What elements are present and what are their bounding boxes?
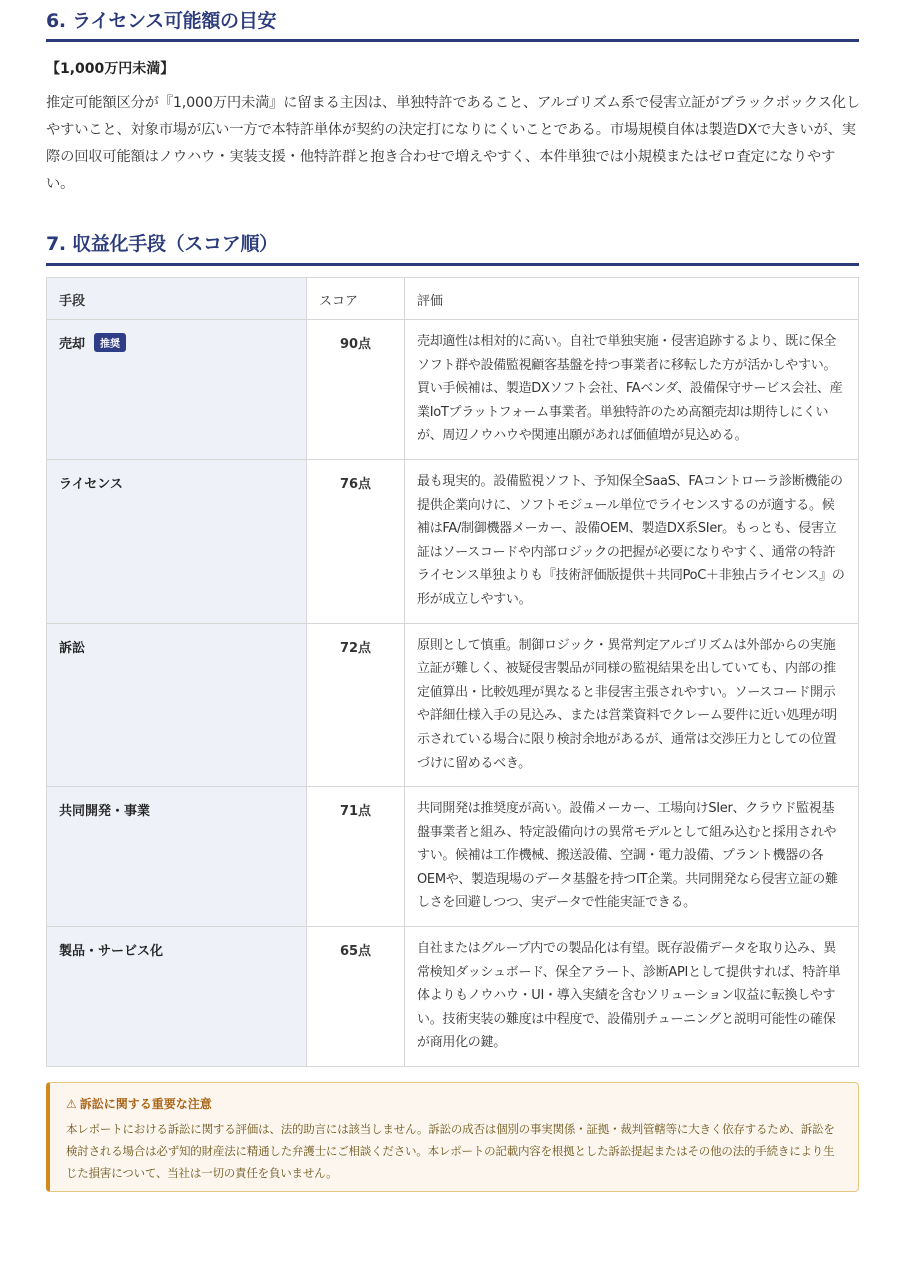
score-cell: 76点 — [307, 459, 405, 623]
section-6-divider — [46, 39, 859, 42]
recommended-badge: 推奨 — [94, 333, 126, 352]
notice-body: 本レポートにおける訴訟に関する評価は、法的助言には該当しません。訴訟の成否は個別… — [66, 1118, 842, 1184]
section-7-title: 7. 収益化手段（スコア順） — [46, 229, 278, 256]
notice-title-text: 訴訟に関する重要な注意 — [80, 1097, 212, 1111]
score-cell: 72点 — [307, 623, 405, 787]
method-cell: 共同開発・事業 — [47, 787, 307, 927]
score-value: 72点 — [340, 637, 371, 656]
evaluation-cell: 自社またはグループ内での製品化は有望。既存設備データを取り込み、異常検知ダッシュ… — [405, 927, 859, 1067]
header-score: スコア — [307, 278, 405, 320]
notice-title: ⚠訴訟に関する重要な注意 — [66, 1095, 842, 1112]
score-cell: 71点 — [307, 787, 405, 927]
score-value: 65点 — [340, 940, 371, 959]
table-row: 製品・サービス化 65点 自社またはグループ内での製品化は有望。既存設備データを… — [47, 927, 859, 1067]
evaluation-cell: 共同開発は推奨度が高い。設備メーカー、工場向けSIer、クラウド監視基盤事業者と… — [405, 787, 859, 927]
method-cell: 売却推奨 — [47, 320, 307, 460]
evaluation-cell: 原則として慎重。制御ロジック・異常判定アルゴリズムは外部からの実施立証が難しく、… — [405, 623, 859, 787]
table-row: 売却推奨 90点 売却適性は相対的に高い。自社で単独実施・侵害追跡するより、既に… — [47, 320, 859, 460]
score-value: 71点 — [340, 800, 371, 819]
section-7-divider — [46, 263, 859, 266]
evaluation-cell: 最も現実的。設備監視ソフト、予知保全SaaS、FAコントローラ診断機能の提供企業… — [405, 459, 859, 623]
table-row: 訴訟 72点 原則として慎重。制御ロジック・異常判定アルゴリズムは外部からの実施… — [47, 623, 859, 787]
method-cell: ライセンス — [47, 459, 307, 623]
table-header-row: 手段 スコア 評価 — [47, 278, 859, 320]
warning-icon: ⚠ — [66, 1097, 77, 1111]
report-page: 6. ライセンス可能額の目安 【1,000万円未満】 推定可能額区分が『1,00… — [0, 0, 905, 1280]
monetization-methods-table: 手段 スコア 評価 売却推奨 90点 売却適性は相対的に高い。自社で単独実施・侵… — [46, 277, 859, 1067]
section-6-title: 6. ライセンス可能額の目安 — [46, 6, 276, 33]
evaluation-cell: 売却適性は相対的に高い。自社で単独実施・侵害追跡するより、既に保全ソフト群や設備… — [405, 320, 859, 460]
table-row: 共同開発・事業 71点 共同開発は推奨度が高い。設備メーカー、工場向けSIer、… — [47, 787, 859, 927]
table-row: ライセンス 76点 最も現実的。設備監視ソフト、予知保全SaaS、FAコントロー… — [47, 459, 859, 623]
method-cell: 製品・サービス化 — [47, 927, 307, 1067]
license-range-explanation: 推定可能額区分が『1,000万円未満』に留まる主因は、単独特許であること、アルゴ… — [46, 90, 862, 198]
method-name: 製品・サービス化 — [59, 944, 163, 959]
method-name: 共同開発・事業 — [59, 804, 150, 819]
method-cell: 訴訟 — [47, 623, 307, 787]
method-name: ライセンス — [59, 477, 123, 492]
litigation-notice: ⚠訴訟に関する重要な注意 本レポートにおける訴訟に関する評価は、法的助言には該当… — [46, 1082, 859, 1192]
score-cell: 90点 — [307, 320, 405, 460]
method-name: 訴訟 — [59, 641, 85, 656]
score-value: 90点 — [340, 333, 371, 352]
license-range-label: 【1,000万円未満】 — [46, 58, 174, 78]
score-value: 76点 — [340, 473, 371, 492]
header-evaluation: 評価 — [405, 278, 859, 320]
score-cell: 65点 — [307, 927, 405, 1067]
header-method: 手段 — [47, 278, 307, 320]
method-name: 売却 — [59, 337, 85, 352]
